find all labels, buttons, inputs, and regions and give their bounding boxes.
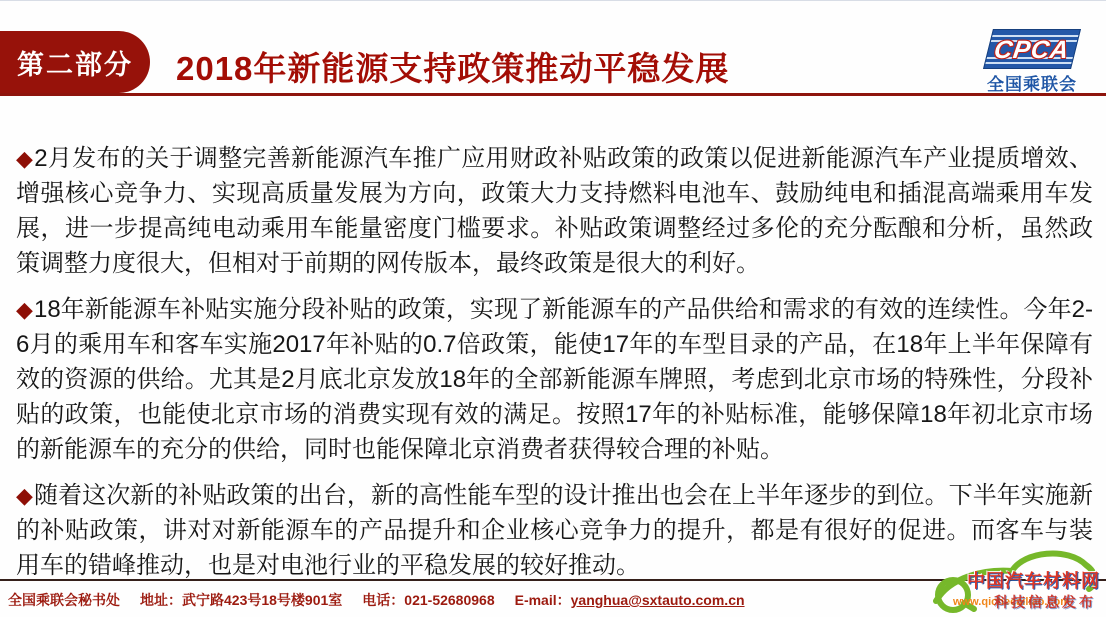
footer-email-link[interactable]: yanghua@sxtauto.com.cn	[571, 592, 745, 608]
watermark-tagline: 科技信息发布	[994, 592, 1096, 612]
diamond-bullet-icon: ◆	[16, 146, 33, 171]
cpca-logo-plate: CPCA	[983, 29, 1081, 69]
footer-email-label: E-mail：	[515, 592, 571, 608]
footer-phone: 电话：021-52680968	[362, 590, 494, 610]
watermark-url: www.qichecailiao.com	[953, 596, 1070, 608]
diamond-bullet-icon: ◆	[16, 297, 33, 322]
slide: 第二部分 2018年新能源支持政策推动平稳发展 CPCA 全国乘联会 ◆2月发布…	[0, 0, 1106, 617]
cpca-acronym: CPCA	[986, 30, 1078, 69]
footer-address: 地址：武宁路423号18号楼901室	[140, 590, 342, 610]
footer-divider	[0, 579, 1106, 581]
footer-phone-value: 021-52680968	[404, 592, 494, 608]
footer-phone-label: 电话：	[362, 592, 404, 608]
paragraph: ◆随着这次新的补贴政策的出台，新的高性能车型的设计推出也会在上半年逐步的到位。下…	[16, 478, 1093, 583]
paragraph: ◆18年新能源车补贴实施分段补贴的政策，实现了新能源车的产品供给和需求的有效的连…	[16, 292, 1093, 467]
paragraph-text: 随着这次新的补贴政策的出台，新的高性能车型的设计推出也会在上半年逐步的到位。下半…	[16, 482, 1093, 579]
footer-contact-bar: 全国乘联会秘书处 地址：武宁路423号18号楼901室 电话：021-52680…	[8, 590, 745, 610]
diamond-bullet-icon: ◆	[16, 483, 33, 508]
paragraph-text: 2月发布的关于调整完善新能源汽车推广应用财政补贴政策的政策以促进新能源汽车产业提…	[16, 145, 1093, 277]
cpca-name: 全国乘联会	[984, 70, 1080, 95]
cpca-logo: CPCA 全国乘联会	[984, 29, 1080, 91]
header-divider	[0, 93, 1106, 96]
slide-header: 第二部分 2018年新能源支持政策推动平稳发展 CPCA 全国乘联会	[0, 1, 1106, 95]
page-title: 2018年新能源支持政策推动平稳发展	[176, 43, 729, 90]
paragraph-text: 18年新能源车补贴实施分段补贴的政策，实现了新能源车的产品供给和需求的有效的连续…	[16, 296, 1093, 463]
footer-address-value: 武宁路423号18号楼901室	[182, 592, 342, 608]
footer-org: 全国乘联会秘书处	[8, 590, 120, 610]
slide-body: ◆2月发布的关于调整完善新能源汽车推广应用财政补贴政策的政策以促进新能源汽车产业…	[16, 141, 1093, 594]
section-badge: 第二部分	[0, 31, 150, 93]
footer-address-label: 地址：	[140, 592, 182, 608]
section-badge-label: 第二部分	[17, 43, 133, 82]
paragraph: ◆2月发布的关于调整完善新能源汽车推广应用财政补贴政策的政策以促进新能源汽车产业…	[16, 141, 1093, 281]
footer-email: E-mail：yanghua@sxtauto.com.cn	[515, 590, 745, 610]
